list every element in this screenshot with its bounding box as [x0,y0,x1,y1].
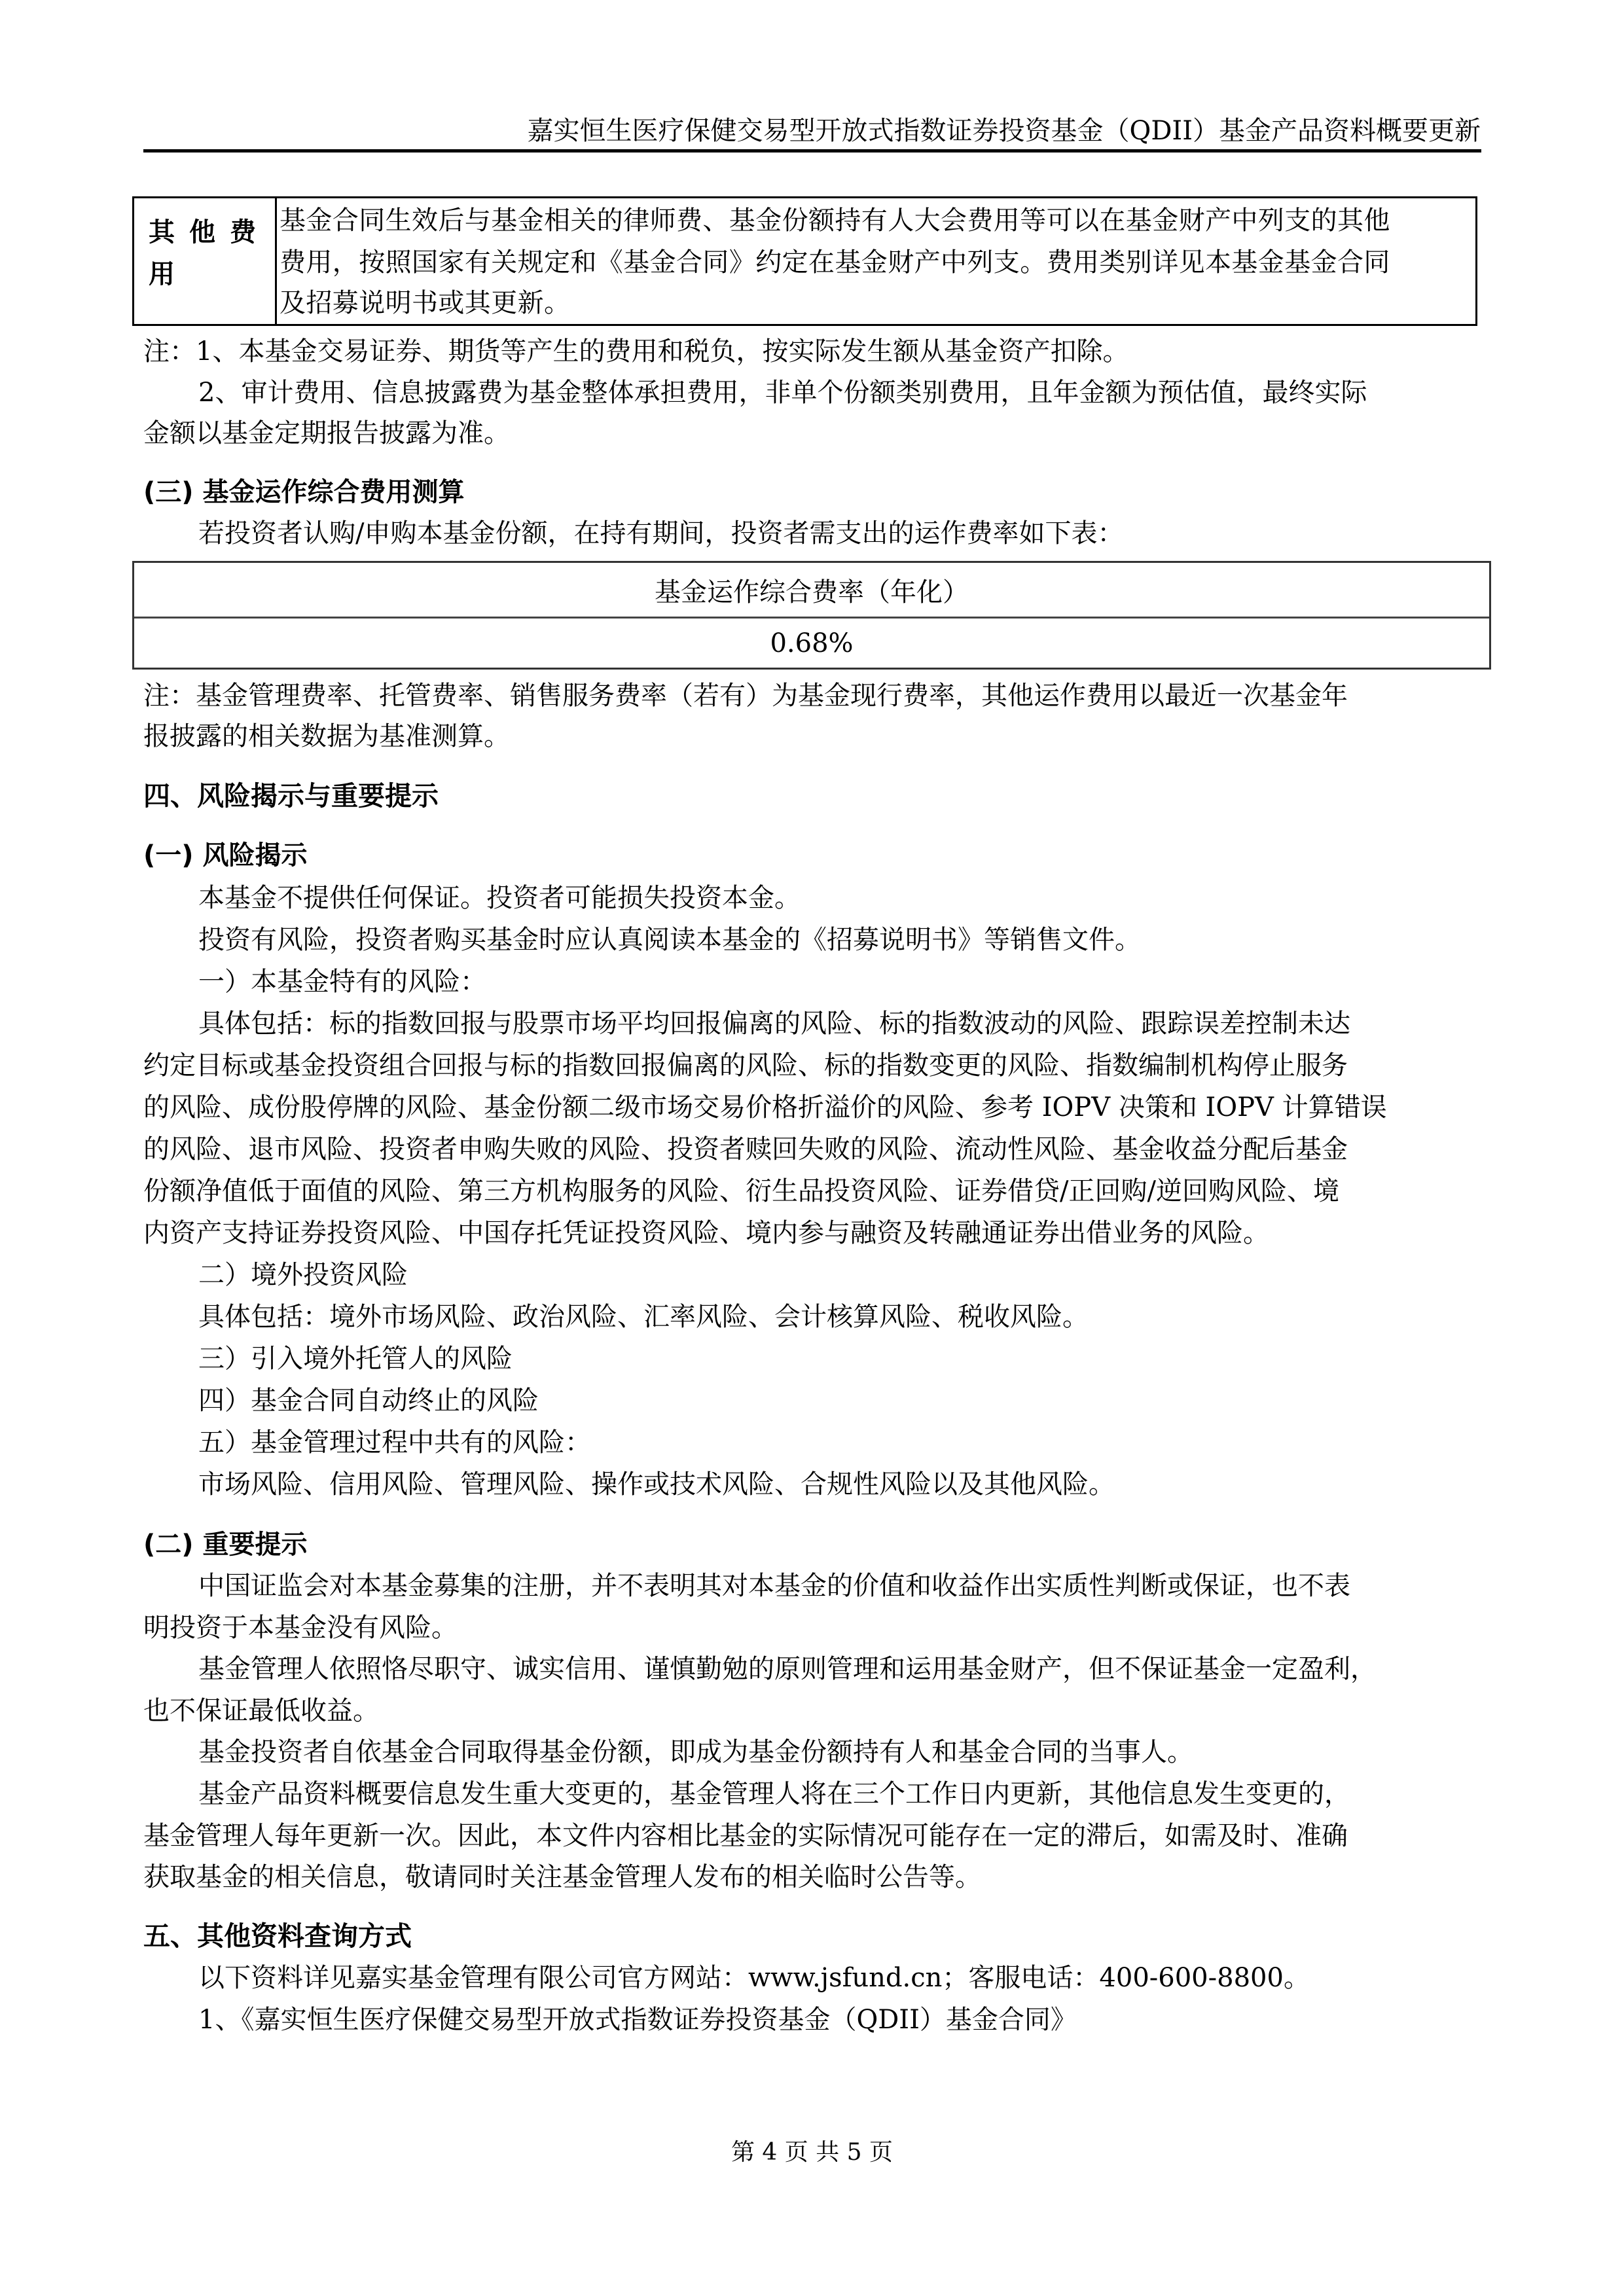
other-fees-content-cell: 基金合同生效后与基金相关的律师费、基金份额持有人大会费用等可以在基金财产中列支的… [280,198,1475,324]
section-3-note: 注：基金管理费率、托管费率、销售服务费率（若有）为基金现行费率，其他运作费用以最… [143,675,1348,717]
other-fees-content-line: 及招募说明书或其更新。 [280,282,570,324]
section-5-heading: 五、其他资料查询方式 [143,1915,412,1957]
fee-note-2-cont: 金额以基金定期报告披露为准。 [143,412,510,454]
section-5-intro: 以下资料详见嘉实基金管理有限公司官方网站：www.jsfund.cn；客服电话：… [198,1957,1310,1999]
important-paragraph: 基金投资者自依基金合同取得基金份额，即成为基金份额持有人和基金合同的当事人。 [198,1731,1193,1773]
risk-item-detail: 份额净值低于面值的风险、第三方机构服务的风险、衍生品投资风险、证券借贷/正回购/… [143,1170,1339,1212]
risk-paragraph: 投资有风险，投资者购买基金时应认真阅读本基金的《招募说明书》等销售文件。 [198,919,1141,961]
risk-item-detail: 具体包括：标的指数回报与股票市场平均回报偏离的风险、标的指数波动的风险、跟踪误差… [198,1003,1350,1045]
other-fees-content-line: 费用，按照国家有关规定和《基金合同》约定在基金财产中列支。费用类别详见本基金基金… [280,242,1390,283]
risk-item-title: 一）本基金特有的风险： [198,961,486,1003]
important-paragraph-cont: 也不保证最低收益。 [143,1690,379,1732]
risk-item-title: 三）引入境外托管人的风险 [198,1338,513,1380]
document-page: 嘉实恒生医疗保健交易型开放式指数证券投资基金（QDII）基金产品资料概要更新 其… [0,0,1624,2296]
running-header-title: 嘉实恒生医疗保健交易型开放式指数证券投资基金（QDII）基金产品资料概要更新 [528,111,1481,151]
page-number: 第 4 页 共 5 页 [0,2136,1624,2169]
fee-note-1: 注：1、本基金交易证券、期货等产生的费用和税负，按实际发生额从基金资产扣除。 [143,331,1128,372]
important-paragraph: 基金管理人依照恪尽职守、诚实信用、谨慎勤勉的原则管理和运用基金财产，但不保证基金… [198,1648,1377,1690]
risk-item-detail: 的风险、成份股停牌的风险、基金份额二级市场交易价格折溢价的风险、参考 IOPV … [143,1086,1387,1128]
important-paragraph-cont: 基金管理人每年更新一次。因此，本文件内容相比基金的实际情况可能存在一定的滞后，如… [143,1815,1348,1857]
risk-item-detail: 市场风险、信用风险、管理风险、操作或技术风险、合规性风险以及其他风险。 [198,1463,1115,1505]
risk-disclosure-heading: (一) 风险揭示 [143,834,308,876]
risk-item-detail: 内资产支持证券投资风险、中国存托凭证投资风险、境内参与融资及转融通证券出借业务的… [143,1212,1269,1254]
important-notice-heading: (二) 重要提示 [143,1524,308,1566]
other-fees-content-line: 基金合同生效后与基金相关的律师费、基金份额持有人大会费用等可以在基金财产中列支的… [280,200,1390,242]
section-3-note-cont: 报披露的相关数据为基准测算。 [143,715,510,757]
other-fees-label-line1: 其他费 [149,211,270,253]
other-fees-label-cell: 其他费 用 [134,198,277,324]
risk-item-detail: 的风险、退市风险、投资者申购失败的风险、投资者赎回失败的风险、流动性风险、基金收… [143,1128,1348,1170]
risk-item-title: 二）境外投资风险 [198,1254,408,1296]
section-3-heading: (三) 基金运作综合费用测算 [143,471,465,513]
operating-fee-table-value: 0.68% [134,617,1489,670]
risk-item-detail: 约定目标或基金投资组合回报与标的指数回报偏离的风险、标的指数变更的风险、指数编制… [143,1045,1348,1086]
risk-paragraph: 本基金不提供任何保证。投资者可能损失投资本金。 [198,877,801,919]
operating-fee-table-header: 基金运作综合费率（年化） [134,563,1489,619]
other-fees-table: 其他费 用 基金合同生效后与基金相关的律师费、基金份额持有人大会费用等可以在基金… [132,196,1477,326]
important-paragraph: 中国证监会对本基金募集的注册，并不表明其对本基金的价值和收益作出实质性判断或保证… [198,1565,1350,1607]
important-paragraph-cont: 获取基金的相关信息，敬请同时关注基金管理人发布的相关临时公告等。 [143,1856,981,1898]
risk-item-title: 四）基金合同自动终止的风险 [198,1380,539,1422]
section-4-heading: 四、风险揭示与重要提示 [143,775,439,817]
other-fees-label-line2: 用 [149,253,189,295]
risk-item-detail: 具体包括：境外市场风险、政治风险、汇率风险、会计核算风险、税收风险。 [198,1296,1089,1338]
important-paragraph: 基金产品资料概要信息发生重大变更的，基金管理人将在三个工作日内更新，其他信息发生… [198,1773,1350,1815]
section-5-item: 1、《嘉实恒生医疗保健交易型开放式指数证券投资基金（QDII）基金合同》 [198,1999,1077,2041]
section-3-intro: 若投资者认购/申购本基金份额，在持有期间，投资者需支出的运作费率如下表： [198,512,1123,554]
risk-item-title: 五）基金管理过程中共有的风险： [198,1422,591,1463]
important-paragraph-cont: 明投资于本基金没有风险。 [143,1607,458,1649]
header-rule [143,149,1481,152]
operating-fee-table: 基金运作综合费率（年化） 0.68% [132,561,1491,670]
fee-note-2: 2、审计费用、信息披露费为基金整体承担费用，非单个份额类别费用，且年金额为预估值… [198,372,1367,414]
